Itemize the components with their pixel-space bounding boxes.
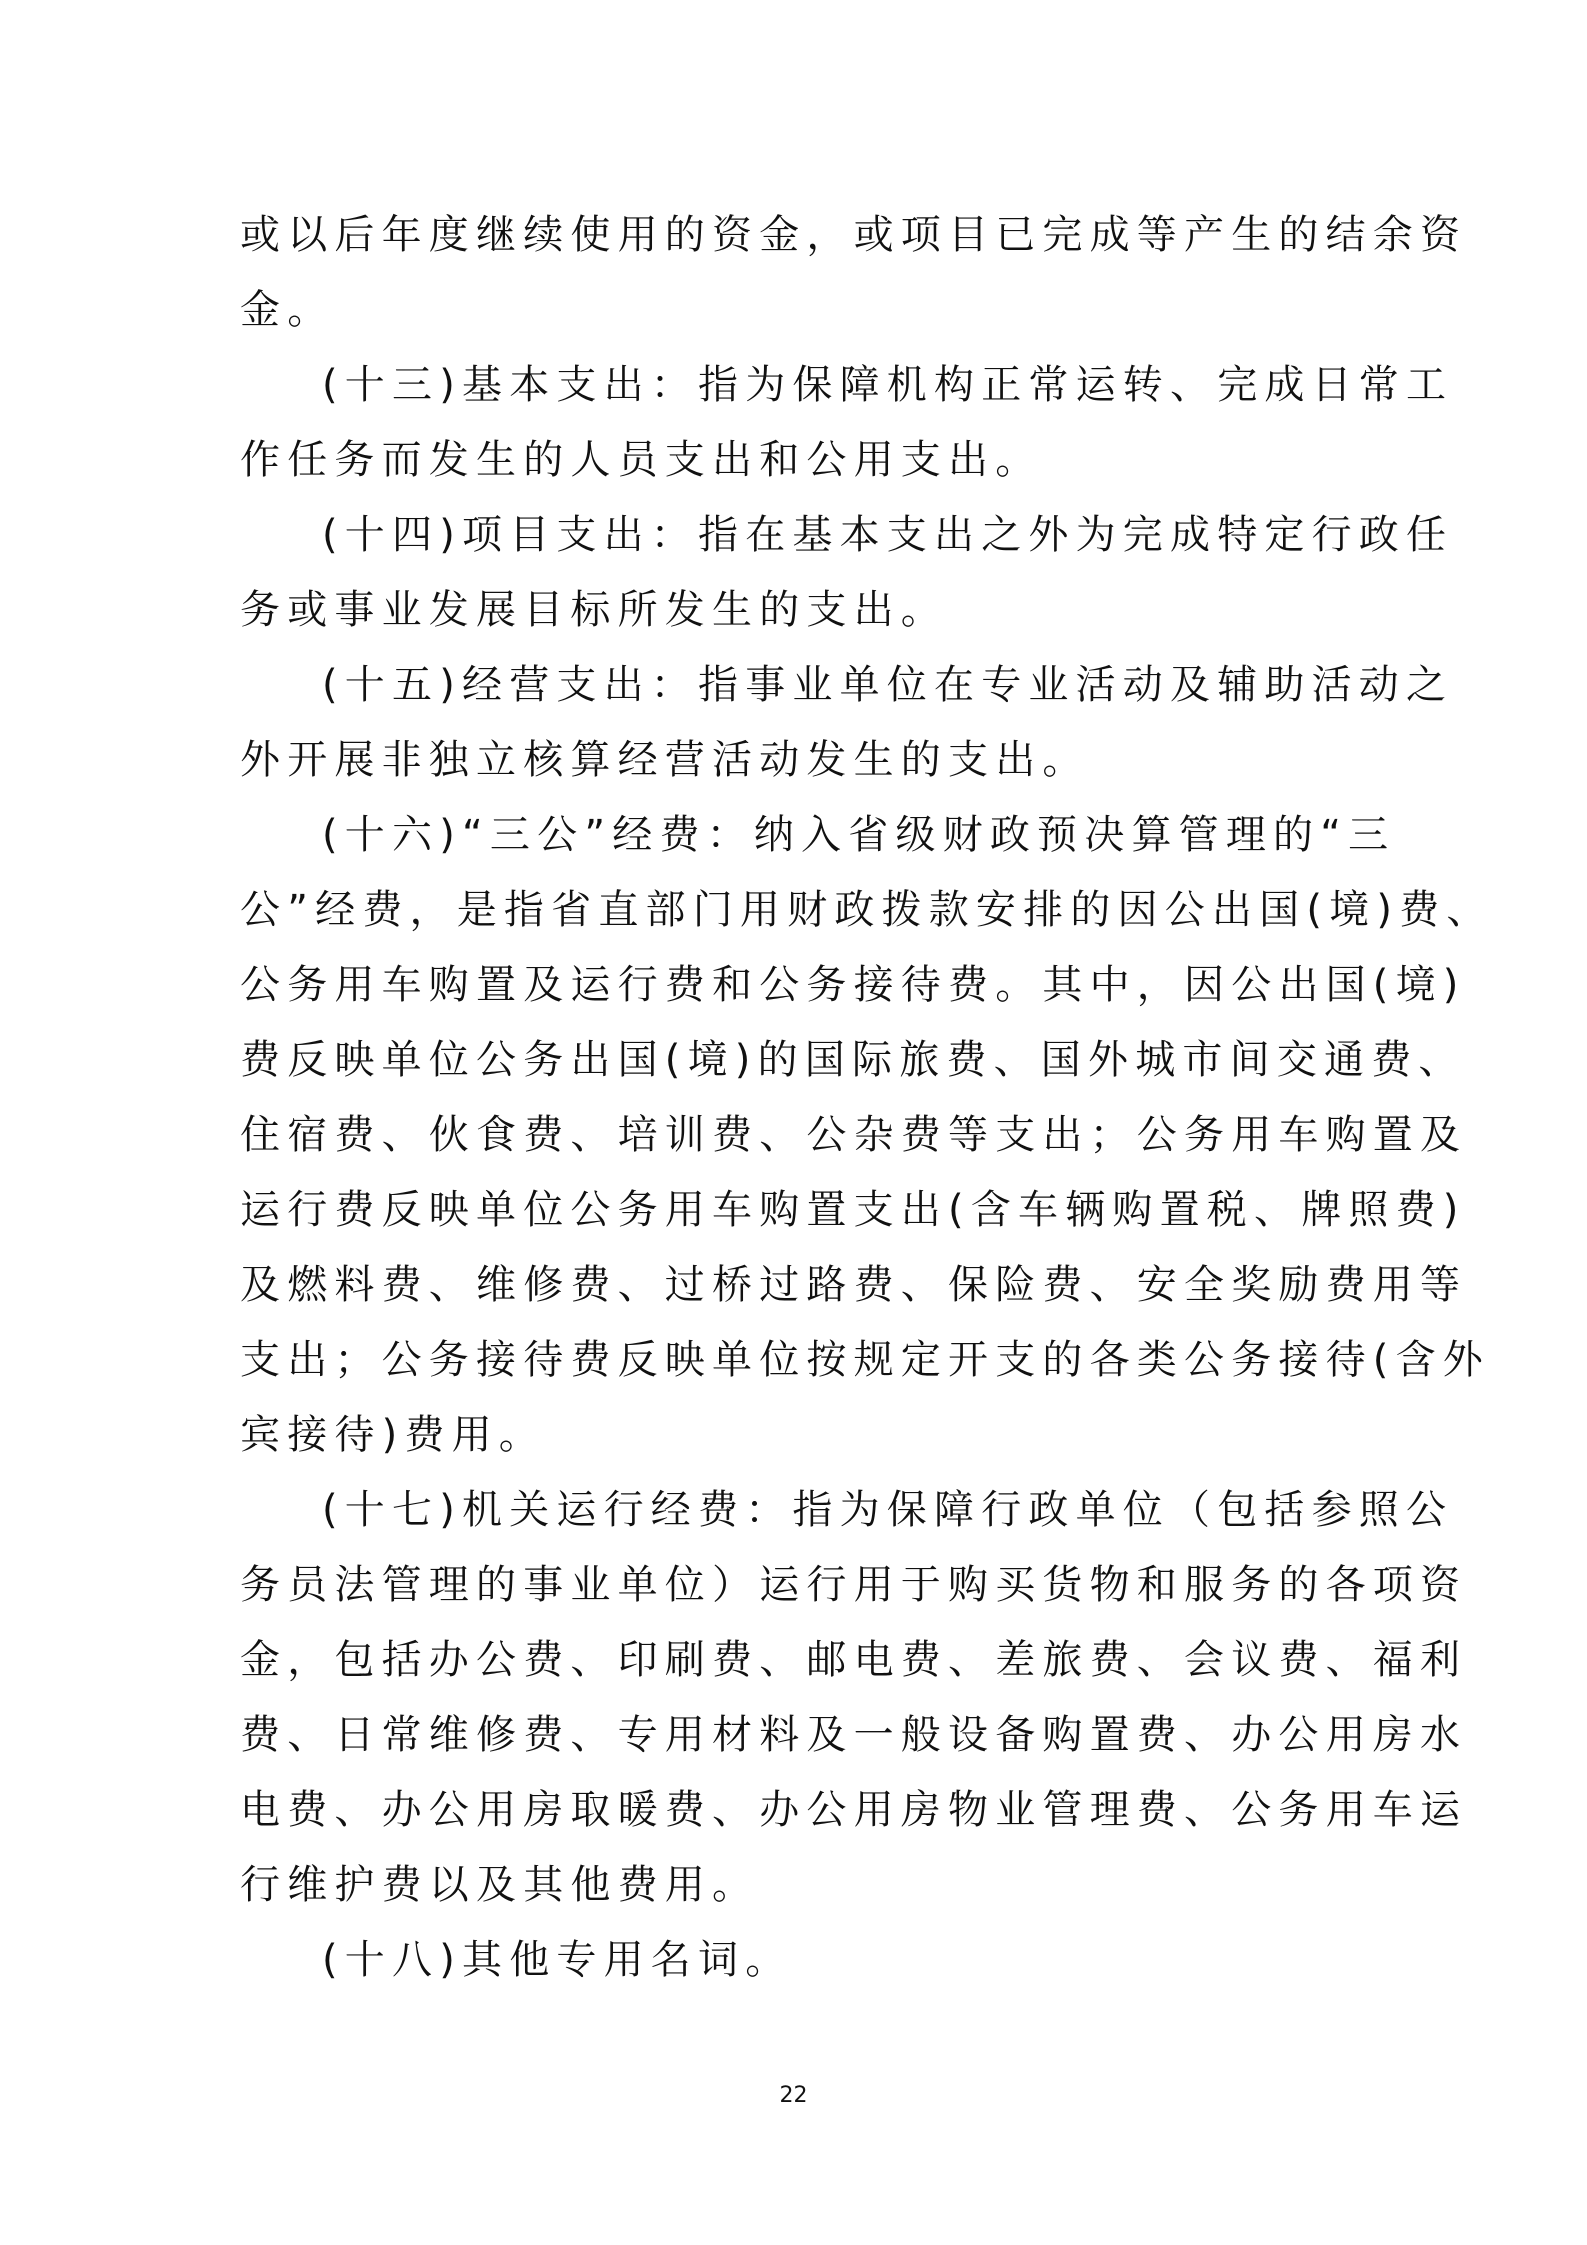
section-16-line-9: 宾接待)费用。	[240, 1415, 546, 1455]
section-18-line-1: (十八)其他专用名词。	[322, 1940, 792, 1980]
section-15-line-2: 外开展非独立核算经营活动发生的支出。	[240, 740, 1090, 780]
section-17-line-4: 费、日常维修费、专用材料及一般设备购置费、办公用房水	[240, 1715, 1467, 1755]
section-17-line-6: 行维护费以及其他费用。	[240, 1865, 759, 1905]
section-16-line-5: 住宿费、伙食费、培训费、公杂费等支出；公务用车购置及	[240, 1115, 1467, 1155]
section-16-line-8: 支出；公务接待费反映单位按规定开支的各类公务接待(含外	[240, 1340, 1490, 1380]
section-14-line-1: (十四)项目支出：指在基本支出之外为完成特定行政任	[322, 515, 1453, 555]
page-number: 22	[0, 2083, 1587, 2108]
section-16-line-6: 运行费反映单位公务用车购置支出(含车辆购置税、牌照费)	[240, 1190, 1466, 1230]
section-17-line-2: 务员法管理的事业单位）运行用于购买货物和服务的各项资	[240, 1565, 1467, 1605]
section-15-line-1: (十五)经营支出：指事业单位在专业活动及辅助活动之	[322, 665, 1453, 705]
document-page: 或以后年度继续使用的资金，或项目已完成等产生的结余资 金。 (十三)基本支出：指…	[0, 0, 1587, 2245]
section-13-line-1: (十三)基本支出：指为保障机构正常运转、完成日常工	[322, 365, 1453, 405]
section-17-line-3: 金，包括办公费、印刷费、邮电费、差旅费、会议费、福利	[240, 1640, 1467, 1680]
section-17-line-5: 电费、办公用房取暖费、办公用房物业管理费、公务用车运	[240, 1790, 1467, 1830]
section-17-line-1: (十七)机关运行经费：指为保障行政单位（包括参照公	[322, 1490, 1453, 1530]
text-line-02: 金。	[240, 290, 334, 330]
section-16-line-2: 公”经费，是指省直部门用财政拨款安排的因公出国(境)费、	[240, 890, 1494, 930]
section-16-line-7: 及燃料费、维修费、过桥过路费、保险费、安全奖励费用等	[240, 1265, 1467, 1305]
section-13-line-2: 作任务而发生的人员支出和公用支出。	[240, 440, 1042, 480]
section-16-line-1: (十六)“三公”经费：纳入省级财政预决算管理的“三	[322, 815, 1395, 855]
section-14-line-2: 务或事业发展目标所发生的支出。	[240, 590, 948, 630]
section-16-line-3: 公务用车购置及运行费和公务接待费。其中，因公出国(境)	[240, 965, 1466, 1005]
text-line-01: 或以后年度继续使用的资金，或项目已完成等产生的结余资	[240, 215, 1467, 255]
section-16-line-4: 费反映单位公务出国(境)的国际旅费、国外城市间交通费、	[240, 1040, 1466, 1080]
